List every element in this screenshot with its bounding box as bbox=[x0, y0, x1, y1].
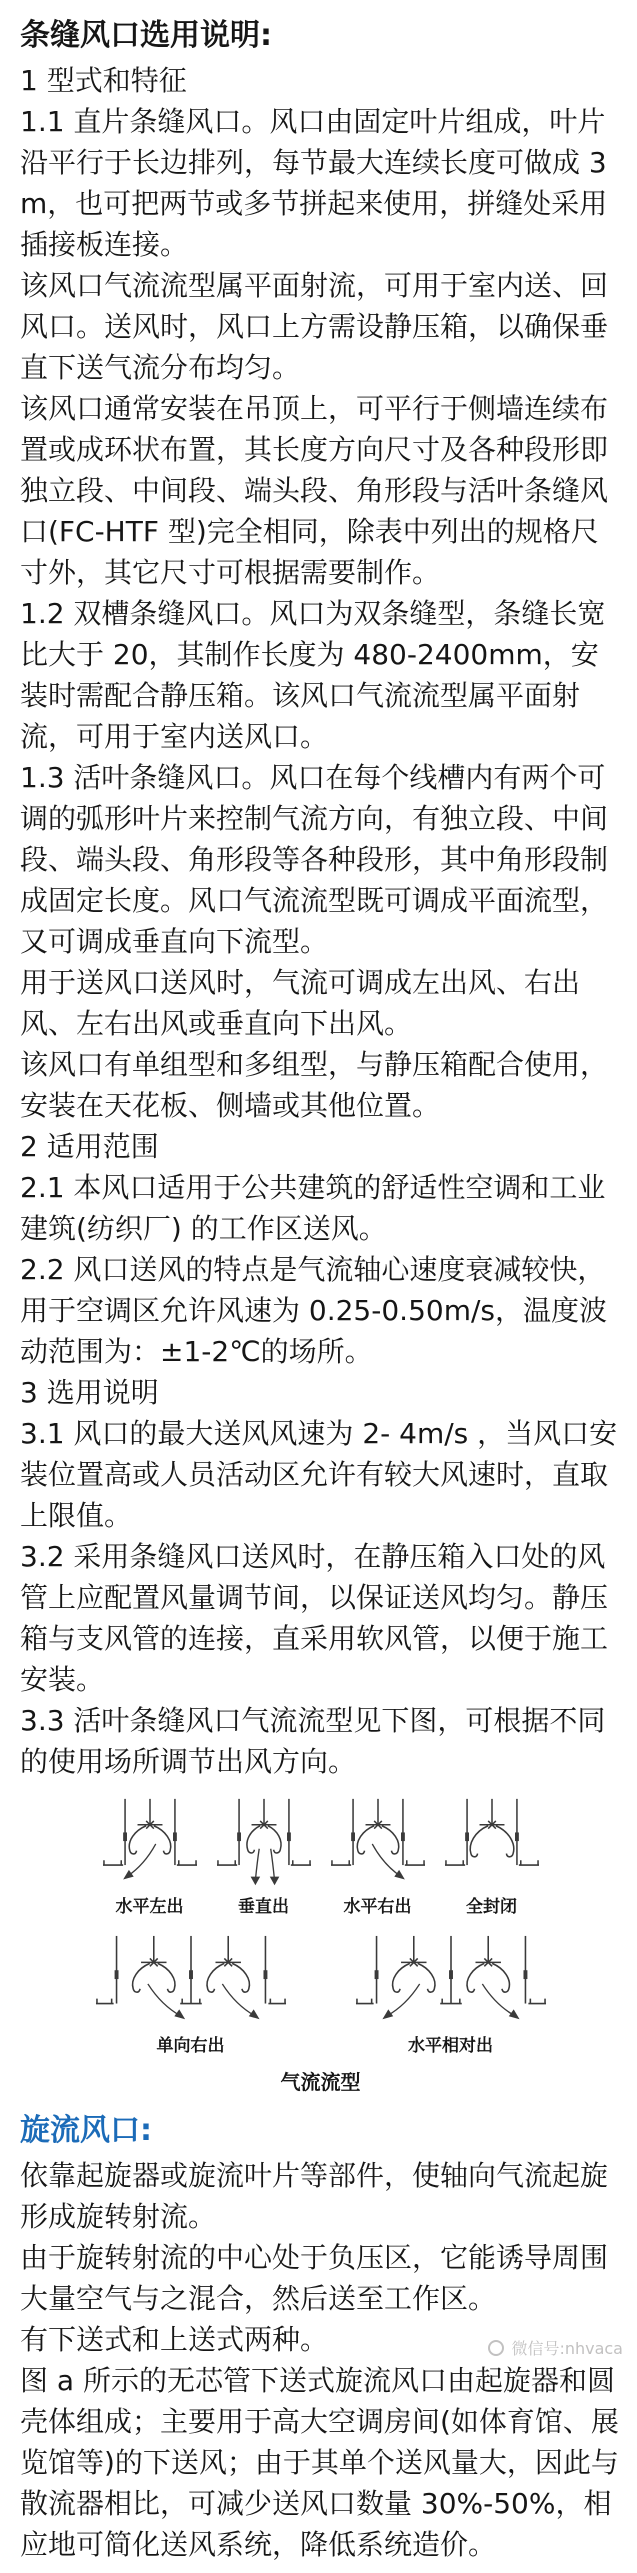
doc-paragraph-3-1: 3.1 风口的最大送风风速为 2- 4m/s ，当风口安装位置高或人员活动区允许… bbox=[20, 1413, 621, 1536]
page-title: 条缝风口选用说明: bbox=[20, 12, 621, 60]
wechat-logo-icon bbox=[488, 2340, 504, 2356]
doc-paragraph-1: 1 型式和特征 bbox=[20, 60, 621, 101]
doc-paragraph-install: 该风口通常安装在吊顶上，可平行于侧墙连续布置或成环状布置，其长度方向尺寸及各种段… bbox=[20, 388, 621, 593]
diagram-unit-fully-closed: 全封闭 bbox=[440, 1796, 544, 1917]
slot-diffuser-horizontal-left-icon bbox=[98, 1796, 202, 1890]
slot-diffuser-vertical-down-icon bbox=[212, 1796, 316, 1890]
diagram-caption: 气流流型 bbox=[20, 2066, 621, 2095]
diagram-label: 单向右出 bbox=[157, 2031, 225, 2056]
slot-diffuser-horizontal-right-icon bbox=[326, 1796, 430, 1890]
diagram-unit-vertical-down: 垂直出 bbox=[212, 1796, 316, 1917]
diagram-label: 全封闭 bbox=[466, 1892, 517, 1917]
double-slot-horizontal-opposed-icon bbox=[351, 1933, 551, 2029]
swirl-paragraph-principle: 依靠起旋器或旋流叶片等部件，使轴向气流起旋形成旋转射流。 bbox=[20, 2155, 621, 2237]
doc-paragraph-2-2: 2.2 风口送风的特点是气流轴心速度衰减较快，用于空调区允许风速为 0.25-0… bbox=[20, 1249, 621, 1372]
diagram-unit-one-way-right: 单向右出 bbox=[91, 1933, 291, 2056]
diagram-row-2: 单向右出 bbox=[20, 1933, 621, 2056]
diagram-label: 水平左出 bbox=[116, 1892, 184, 1917]
watermark: 微信号:nhvaca bbox=[488, 2336, 623, 2359]
diagram-label: 水平右出 bbox=[344, 1892, 412, 1917]
doc-paragraph-group-types: 该风口有单组型和多组型，与静压箱配合使用，安装在天花板、侧墙或其他位置。 bbox=[20, 1044, 621, 1126]
diagram-label: 水平相对出 bbox=[408, 2031, 493, 2056]
doc-paragraph-3-2: 3.2 采用条缝风口送风时，在静压箱入口处的风管上应配置风量调节间，以保证送风均… bbox=[20, 1536, 621, 1700]
document-page: 条缝风口选用说明: 1 型式和特征 1.1 直片条缝风口。风口由固定叶片组成，叶… bbox=[0, 0, 637, 2573]
watermark-text: 微信号:nhvaca bbox=[511, 2336, 623, 2359]
doc-paragraph-1-3: 1.3 活叶条缝风口。风口在每个线槽内有两个可调的弧形叶片来控制气流方向，有独立… bbox=[20, 757, 621, 962]
doc-paragraph-2-1: 2.1 本风口适用于公共建筑的舒适性空调和工业建筑(纺织厂) 的工作区送风。 bbox=[20, 1167, 621, 1249]
swirl-paragraph-figure-a: 图 a 所示的无芯管下送式旋流风口由起旋器和圆壳体组成；主要用于高大空调房间(如… bbox=[20, 2360, 621, 2565]
swirl-paragraph-induction: 由于旋转射流的中心处于负压区，它能诱导周围大量空气与之混合，然后送至工作区。 bbox=[20, 2237, 621, 2319]
doc-paragraph-plane-jet: 该风口气流流型属平面射流，可用于室内送、回风口。送风时，风口上方需设静压箱，以确… bbox=[20, 265, 621, 388]
doc-paragraph-3-3: 3.3 活叶条缝风口气流流型见下图，可根据不同的使用场所调节出风方向。 bbox=[20, 1700, 621, 1782]
doc-paragraph-supply-modes: 用于送风口送风时，气流可调成左出风、右出风、左右出风或垂直向下出风。 bbox=[20, 962, 621, 1044]
diagram-unit-horizontal-left: 水平左出 bbox=[98, 1796, 202, 1917]
doc-paragraph-3: 3 选用说明 bbox=[20, 1372, 621, 1413]
diagram-unit-horizontal-opposed: 水平相对出 bbox=[351, 1933, 551, 2056]
doc-paragraph-2: 2 适用范围 bbox=[20, 1126, 621, 1167]
airflow-pattern-figure: 水平左出 垂直出 bbox=[20, 1796, 621, 2095]
diagram-row-1: 水平左出 垂直出 bbox=[20, 1796, 621, 1917]
diagram-label: 垂直出 bbox=[238, 1892, 289, 1917]
doc-paragraph-1-1: 1.1 直片条缝风口。风口由固定叶片组成，叶片沿平行于长边排列，每节最大连续长度… bbox=[20, 101, 621, 265]
double-slot-one-way-right-icon bbox=[91, 1933, 291, 2029]
doc-paragraph-1-2: 1.2 双槽条缝风口。风口为双条缝型，条缝长宽比大于 20，其制作长度为 480… bbox=[20, 593, 621, 757]
slot-diffuser-fully-closed-icon bbox=[440, 1796, 544, 1890]
swirl-diffuser-heading: 旋流风口: bbox=[20, 2107, 621, 2155]
diagram-unit-horizontal-right: 水平右出 bbox=[326, 1796, 430, 1917]
